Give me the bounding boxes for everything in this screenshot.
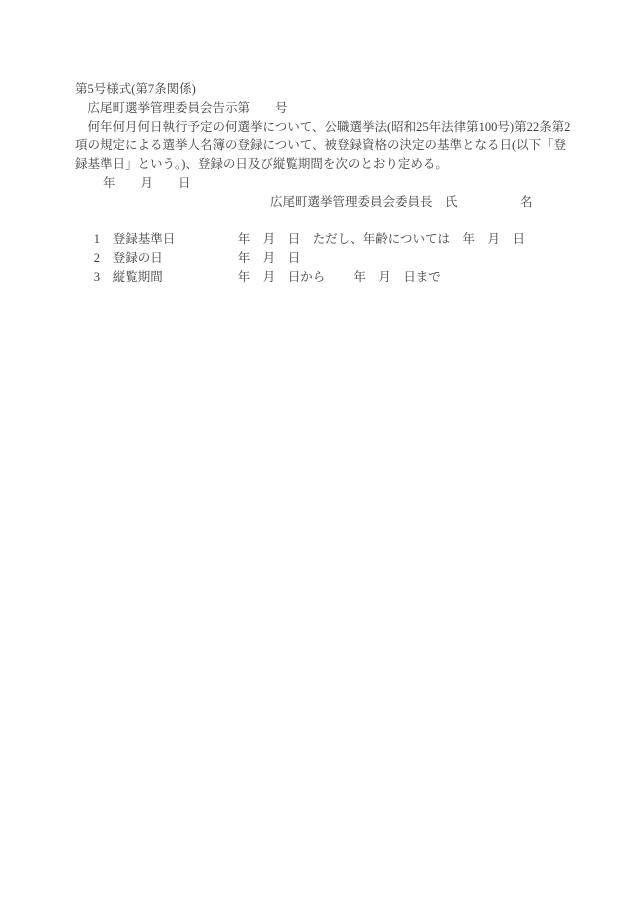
item-number: 3 <box>94 268 113 287</box>
item-row-registration-base-date: 1登録基準日年 月 日 ただし、年齢については 年 月 日 <box>75 212 575 231</box>
paragraph-line: 録基準日」という。)、登録の日及び縦覧期間を次のとおり定める。 <box>75 155 575 174</box>
document-page: 第5号様式(第7条関係) 広尾町選挙管理委員会告示第 号 何年何月何日執行予定の… <box>0 0 630 916</box>
item-number: 1 <box>94 230 113 249</box>
notice-number-line: 広尾町選挙管理委員会告示第 号 <box>75 99 575 118</box>
item-label: 登録の日 <box>113 249 238 268</box>
item-label: 登録基準日 <box>113 230 238 249</box>
date-blank-line: 年 月 日 <box>75 174 575 193</box>
paragraph-line: 何年何月何日執行予定の何選挙について、公職選挙法(昭和25年法律第100号)第2… <box>75 118 575 137</box>
item-number: 2 <box>94 249 113 268</box>
document-body: 第5号様式(第7条関係) 広尾町選挙管理委員会告示第 号 何年何月何日執行予定の… <box>75 80 575 268</box>
form-title: 第5号様式(第7条関係) <box>75 80 575 99</box>
signature-line: 広尾町選挙管理委員会委員長 氏 名 <box>75 193 575 212</box>
item-value: 年 月 日 ただし、年齢については 年 月 日 <box>238 232 525 246</box>
item-value: 年 月 日 <box>238 251 301 265</box>
paragraph-line: 項の規定による選挙人名簿の登録について、被登録資格の決定の基準となる日(以下「登 <box>75 136 575 155</box>
item-value: 年 月 日から 年 月 日まで <box>238 270 441 284</box>
item-label: 縦覧期間 <box>113 268 238 287</box>
